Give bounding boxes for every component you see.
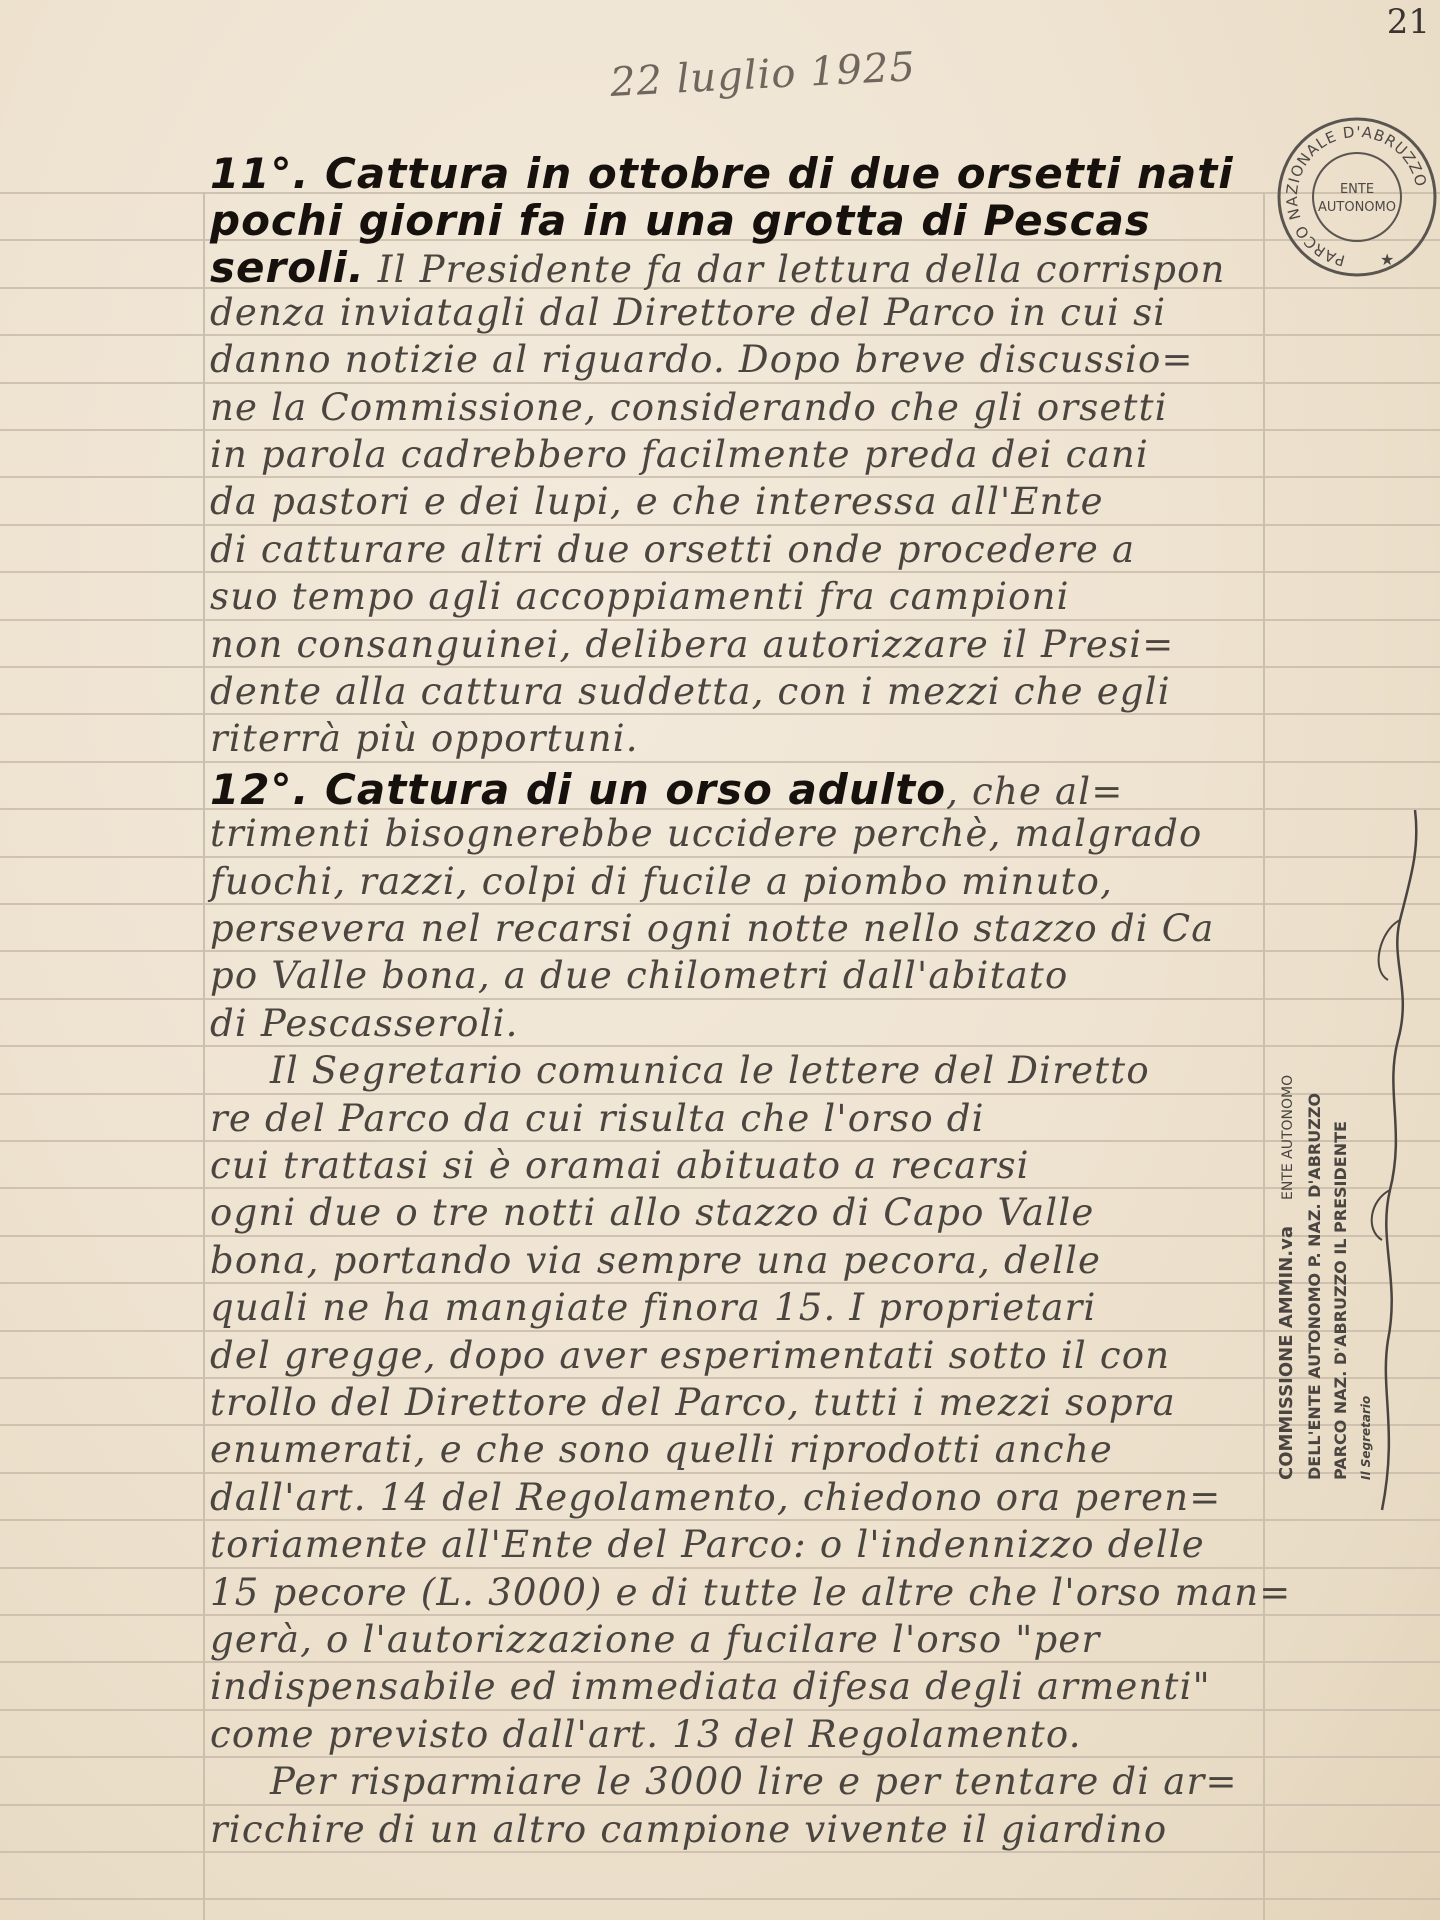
text-line: quali ne ha mangiate finora 15. I propri… [210,1286,1265,1329]
ruled-line [0,1756,1440,1758]
line-text: enumerati, e che sono quelli riprodotti … [210,1428,1113,1471]
ledger-page: 21 22 luglio 1925 PARCO NAZIONALE D'ABRU… [0,0,1440,1920]
ruled-line [0,1898,1440,1900]
text-line: 12°. Cattura di un orso adulto, che al= [210,765,1265,814]
text-line: di catturare altri due orsetti onde proc… [210,528,1265,571]
line-text: trimenti bisognerebbe uccidere perchè, m… [210,812,1203,855]
line-text: dente alla cattura suddetta, con i mezzi… [210,670,1171,713]
text-line: danno notizie al riguardo. Dopo breve di… [210,338,1265,381]
item-heading: pochi giorni fa in una grotta di Pescas [210,196,1151,245]
ruled-line [0,1187,1440,1189]
ruled-line [0,1330,1440,1332]
ruled-line [0,571,1440,573]
line-text: 15 pecore (L. 3000) e di tutte le altre … [210,1571,1291,1614]
line-text: riterrà più opportuni. [210,717,639,760]
text-line: indispensabile ed immediata difesa degli… [210,1665,1265,1708]
text-line: denza inviatagli dal Direttore del Parco… [210,291,1265,334]
ruled-line [0,619,1440,621]
text-line: Per risparmiare le 3000 lire e per tenta… [210,1760,1325,1803]
ruled-line [0,903,1440,905]
line-text: in parola cadrebbero facilmente preda de… [210,433,1149,476]
ruled-line [0,334,1440,336]
ruled-line [0,1614,1440,1616]
text-line: trollo del Direttore del Parco, tutti i … [210,1381,1265,1424]
text-line: persevera nel recarsi ogni notte nello s… [210,907,1265,950]
line-text: gerà, o l'autorizzazione a fucilare l'or… [210,1618,1100,1661]
svg-text:ENTE AUTONOMO: ENTE AUTONOMO [1280,1075,1296,1200]
ruled-line [0,1709,1440,1711]
ruled-line [0,382,1440,384]
text-line: enumerati, e che sono quelli riprodotti … [210,1428,1265,1471]
ruled-line [0,998,1440,1000]
line-text: toriamente all'Ente del Parco: o l'inden… [210,1523,1205,1566]
ruled-line [0,1851,1440,1853]
text-line: bona, portando via sempre una pecora, de… [210,1239,1265,1282]
text-line: come previsto dall'art. 13 del Regolamen… [210,1713,1265,1756]
line-text: persevera nel recarsi ogni notte nello s… [210,907,1215,950]
text-line: 11°. Cattura in ottobre di due orsetti n… [210,149,1265,198]
line-text: bona, portando via sempre una pecora, de… [210,1239,1101,1282]
text-line: re del Parco da cui risulta che l'orso d… [210,1097,1265,1140]
ruled-line [0,1661,1440,1663]
item-heading: 12°. Cattura di un orso adulto [210,765,946,814]
text-line: fuochi, razzi, colpi di fucile a piombo … [210,860,1265,903]
text-line: po Valle bona, a due chilometri dall'abi… [210,954,1265,997]
svg-text:DELL'ENTE AUTONOMO P. NAZ. D'A: DELL'ENTE AUTONOMO P. NAZ. D'ABRUZZO [1305,1093,1324,1480]
ruled-line [0,476,1440,478]
text-line: 15 pecore (L. 3000) e di tutte le altre … [210,1571,1265,1614]
item-heading: seroli. [210,243,365,292]
text-line: di Pescasseroli. [210,1002,1265,1045]
text-line: trimenti bisognerebbe uccidere perchè, m… [210,812,1265,855]
item-heading: 11°. Cattura in ottobre di due orsetti n… [210,149,1234,198]
page-number: 21 [1387,2,1430,42]
line-text: non consanguinei, delibera autorizzare i… [210,623,1174,666]
text-line: riterrà più opportuni. [210,717,1265,760]
line-text: indispensabile ed immediata difesa degli… [210,1665,1211,1708]
line-text: ogni due o tre notti allo stazzo di Capo… [210,1191,1094,1234]
ruled-line [0,1377,1440,1379]
ruled-line [0,1282,1440,1284]
ruled-line [0,1424,1440,1426]
ruled-line [0,666,1440,668]
entry-date: 22 luglio 1925 [609,44,917,106]
text-line: Il Segretario comunica le lettere del Di… [210,1049,1325,1092]
ruled-line [0,1045,1440,1047]
line-text: cui trattasi si è oramai abituato a reca… [210,1144,1030,1187]
text-line: da pastori e dei lupi, e che interessa a… [210,480,1265,523]
signature [1360,810,1440,1520]
svg-text:AUTONOMO: AUTONOMO [1318,200,1396,215]
text-line: ogni due o tre notti allo stazzo di Capo… [210,1191,1265,1234]
line-text: da pastori e dei lupi, e che interessa a… [210,480,1104,523]
text-line: del gregge, dopo aver esperimentati sott… [210,1334,1265,1377]
line-text: po Valle bona, a due chilometri dall'abi… [210,954,1068,997]
line-text: re del Parco da cui risulta che l'orso d… [210,1097,985,1140]
line-text: fuochi, razzi, colpi di fucile a piombo … [210,860,1113,903]
line-text: Per risparmiare le 3000 lire e per tenta… [270,1760,1238,1803]
text-line: suo tempo agli accoppiamenti fra campion… [210,575,1265,618]
text-line: ricchire di un altro campione vivente il… [210,1808,1265,1851]
ruled-line [0,761,1440,763]
ruled-line [0,429,1440,431]
ruled-line [0,1093,1440,1095]
svg-text:★: ★ [1380,250,1394,269]
line-text: ne la Commissione, considerando che gli … [210,386,1168,429]
ruled-line [0,1472,1440,1474]
ruled-line [0,524,1440,526]
svg-text:PARCO NAZ. D'ABRUZZO IL PRESID: PARCO NAZ. D'ABRUZZO IL PRESIDENTE [1331,1121,1350,1480]
text-line: pochi giorni fa in una grotta di Pescas [210,196,1265,245]
text-line: toriamente all'Ente del Parco: o l'inden… [210,1523,1265,1566]
svg-text:COMMISSIONE AMMIN.va: COMMISSIONE AMMIN.va [1276,1226,1297,1480]
ruled-line [0,1567,1440,1569]
text-line: dall'art. 14 del Regolamento, chiedono o… [210,1476,1265,1519]
ruled-line [0,1140,1440,1142]
text-line: cui trattasi si è oramai abituato a reca… [210,1144,1265,1187]
line-text: quali ne ha mangiate finora 15. I propri… [210,1286,1097,1329]
text-line: ne la Commissione, considerando che gli … [210,386,1265,429]
text-line: non consanguinei, delibera autorizzare i… [210,623,1265,666]
line-text: di catturare altri due orsetti onde proc… [210,528,1135,571]
line-text: Il Segretario comunica le lettere del Di… [270,1049,1150,1092]
line-text: del gregge, dopo aver esperimentati sott… [210,1334,1170,1377]
line-text: dall'art. 14 del Regolamento, chiedono o… [210,1476,1222,1519]
left-margin-line [203,192,205,1920]
line-text: di Pescasseroli. [210,1002,519,1045]
text-line: gerà, o l'autorizzazione a fucilare l'or… [210,1618,1265,1661]
ruled-line [0,1519,1440,1521]
line-text: come previsto dall'art. 13 del Regolamen… [210,1713,1082,1756]
svg-text:ENTE: ENTE [1340,182,1374,197]
ruled-line [0,856,1440,858]
line-text: trollo del Direttore del Parco, tutti i … [210,1381,1176,1424]
ruled-line [0,1804,1440,1806]
text-line: dente alla cattura suddetta, con i mezzi… [210,670,1265,713]
line-text: danno notizie al riguardo. Dopo breve di… [210,338,1194,381]
ruled-line [0,713,1440,715]
line-text: , che al= [946,770,1123,813]
line-text: ricchire di un altro campione vivente il… [210,1808,1167,1851]
text-line: seroli. Il Presidente fa dar lettura del… [210,243,1265,292]
round-stamp: PARCO NAZIONALE D'ABRUZZO ENTE AUTONOMO … [1275,115,1440,280]
text-line: in parola cadrebbero facilmente preda de… [210,433,1265,476]
line-text: Il Presidente fa dar lettura della corri… [365,248,1226,291]
ruled-line [0,950,1440,952]
line-text: denza inviatagli dal Direttore del Parco… [210,291,1166,334]
line-text: suo tempo agli accoppiamenti fra campion… [210,575,1070,618]
ruled-line [0,1235,1440,1237]
